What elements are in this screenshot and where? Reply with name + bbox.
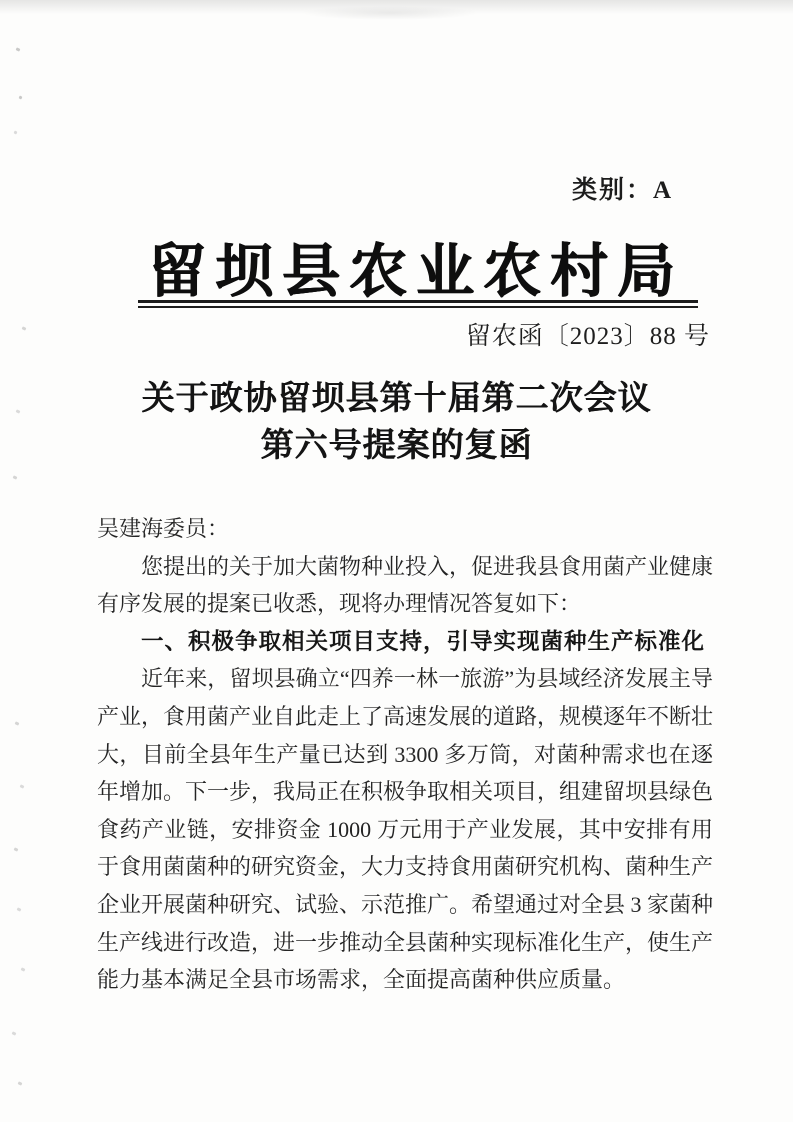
body-line: 企业开展菌种研究、试验、示范推广。希望通过对全县 3 家菌种 xyxy=(97,886,713,924)
scan-artifact xyxy=(15,721,20,725)
body-line: 年增加。下一步，我局正在积极争取相关项目，组建留坝县绿色 xyxy=(97,773,713,811)
body-line: 生产线进行改造，进一步推动全县菌种实现标准化生产，使生产 xyxy=(97,924,713,962)
body-line: 产业，食用菌产业自此走上了高速发展的道路，规模逐年不断壮 xyxy=(97,698,713,736)
document-title-line-2: 第六号提案的复函 xyxy=(0,423,793,470)
body-line: 食药产业链，安排资金 1000 万元用于产业发展，其中安排有用 xyxy=(97,811,713,849)
body-line-section-heading: 一、积极争取相关项目支持，引导实现菌种生产标准化 xyxy=(97,623,713,661)
scan-artifact xyxy=(19,96,23,100)
scan-artifact xyxy=(14,131,18,135)
scan-artifact xyxy=(12,1031,17,1035)
scan-artifact xyxy=(14,847,19,851)
body-line: 您提出的关于加大菌物种业投入，促进我县食用菌产业健康 xyxy=(97,548,713,586)
body-line: 大，目前全县年生产量已达到 3300 多万筒，对菌种需求也在逐 xyxy=(97,736,713,774)
scan-artifact xyxy=(18,1081,23,1085)
scan-artifact xyxy=(17,907,22,911)
body-line-salutation: 吴建海委员： xyxy=(97,510,713,548)
document-title: 关于政协留坝县第十届第二次会议 第六号提案的复函 xyxy=(0,376,793,470)
body-line: 能力基本满足全县市场需求，全面提高菌种供应质量。 xyxy=(97,961,713,999)
scan-artifact xyxy=(20,784,25,788)
scan-smudge xyxy=(300,6,480,20)
document-number: 留农函〔2023〕88 号 xyxy=(466,316,710,352)
body-line: 于食用菌菌种的研究资金，大力支持食用菌研究机构、菌种生产 xyxy=(97,848,713,886)
scan-artifact xyxy=(13,475,18,479)
body-line: 近年来，留坝县确立“四养一林一旅游”为县域经济发展主导 xyxy=(97,660,713,698)
document-body: 吴建海委员： 您提出的关于加大菌物种业投入，促进我县食用菌产业健康 有序发展的提… xyxy=(97,510,713,999)
document-title-line-1: 关于政协留坝县第十届第二次会议 xyxy=(0,376,793,423)
scan-artifact xyxy=(22,326,27,330)
agency-title-underline xyxy=(138,300,698,308)
document-sheet: 类别：A 留坝县农业农村局 留农函〔2023〕88 号 关于政协留坝县第十届第二… xyxy=(0,0,793,1122)
issuing-agency-title: 留坝县农业农村局 xyxy=(148,224,708,308)
classification-label: 类别：A xyxy=(572,170,673,206)
body-line: 有序发展的提案已收悉，现将办理情况答复如下： xyxy=(97,585,713,623)
scan-artifact xyxy=(16,47,21,51)
scan-artifact xyxy=(21,967,26,971)
